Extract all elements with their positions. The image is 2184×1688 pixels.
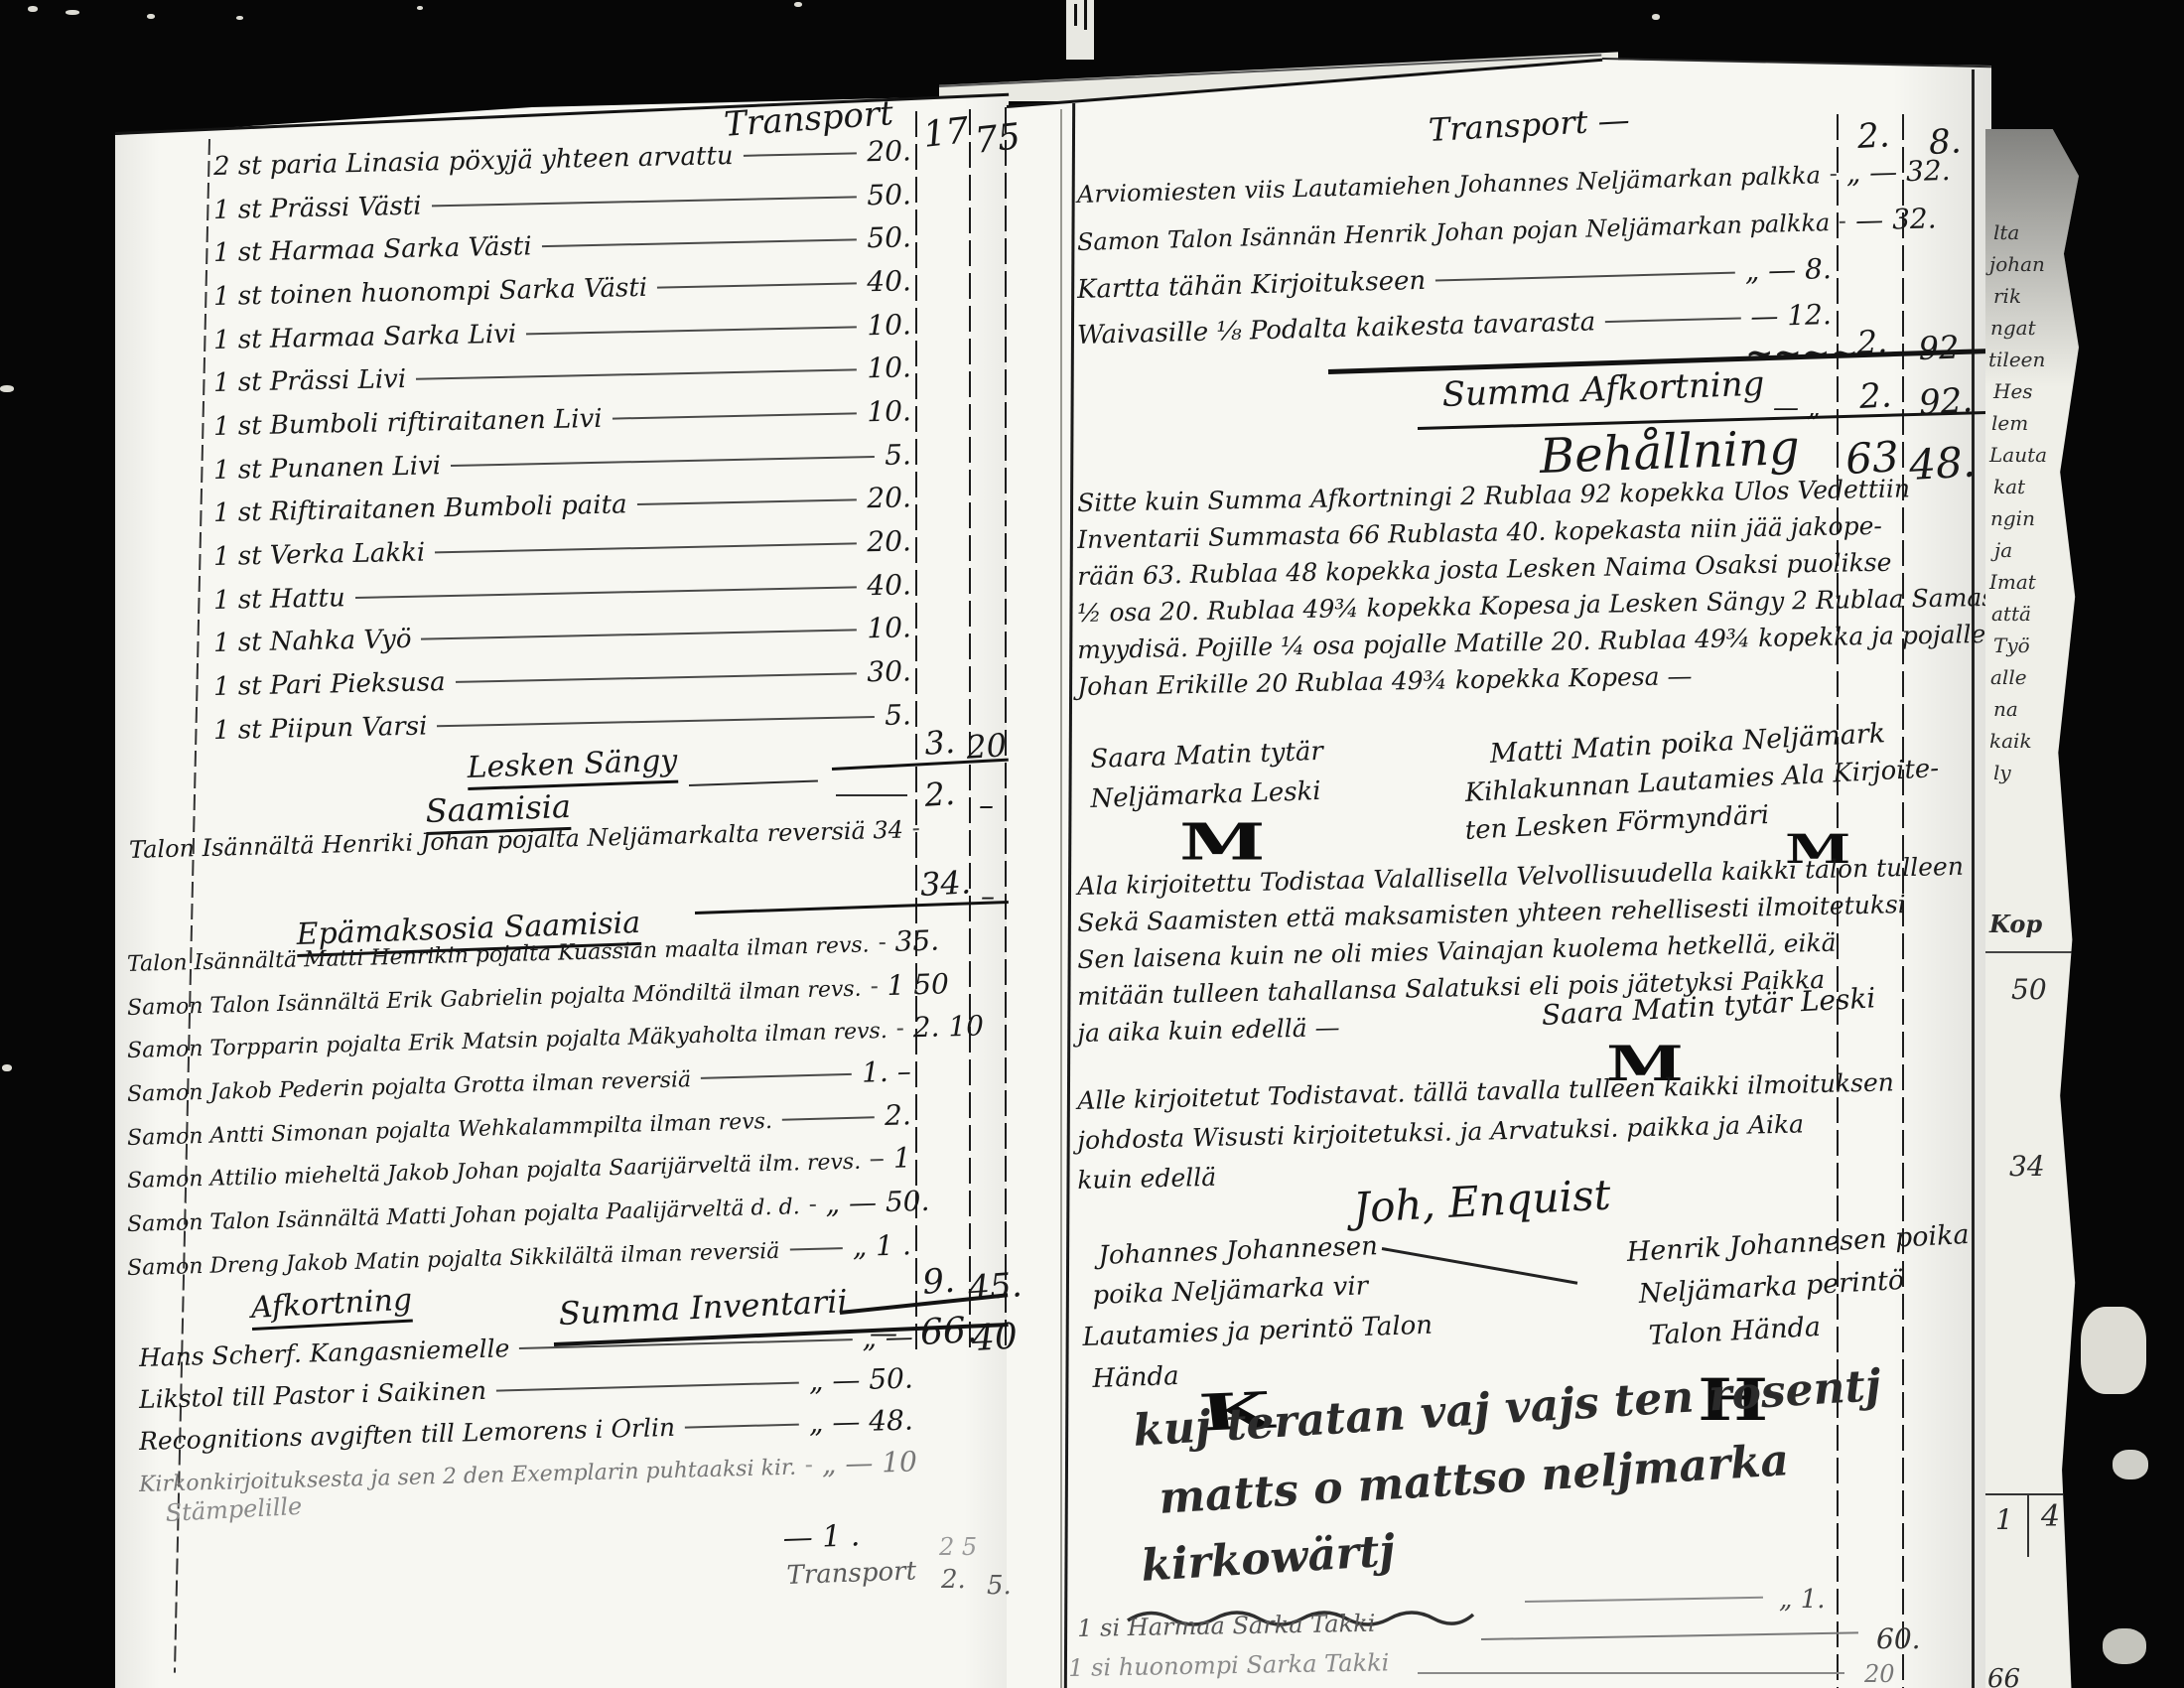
strip-fragment: ja: [1994, 538, 2012, 562]
leader-line: [1840, 221, 1845, 223]
leader-line: [355, 586, 858, 599]
strip-fragment: johan: [1989, 252, 2045, 276]
item-value: 5.: [885, 438, 911, 472]
leader-line: [880, 942, 886, 944]
paragraph-line: ja aika kuin edellä —: [1077, 1013, 1340, 1048]
leader-line: [421, 629, 857, 639]
strip-number: 34: [2009, 1150, 2045, 1183]
receivable-value: „ 1 .: [852, 1228, 911, 1263]
scan-artifact: [28, 6, 38, 12]
strip-fragment: Imat: [1989, 570, 2036, 594]
scanned-document: Transport 17 75 2 st paria Linasia pöxyj…: [0, 0, 2184, 1688]
receivable-value: 1 50: [887, 967, 949, 1002]
leader-line: [836, 794, 907, 796]
summa-afkortning-rubles: 2.: [1858, 375, 1893, 417]
strip-fragment: ly: [1993, 761, 2011, 784]
item-value: 20.: [867, 481, 911, 514]
scan-artifact: [2103, 1628, 2146, 1664]
leader-line: [526, 326, 857, 335]
strip-fragment: Lauta: [1989, 443, 2047, 467]
leader-line: [456, 672, 858, 682]
receivable-value: 1. –: [862, 1055, 911, 1088]
leader-line: [657, 282, 857, 288]
receivable-value: „ — 50.: [825, 1185, 930, 1220]
item-text: 1 st Nahka Vyö: [213, 625, 412, 658]
strip-fragment: alle: [1990, 665, 2027, 689]
top-tab: [1066, 0, 1094, 60]
item-value: 10.: [867, 308, 911, 342]
handmark-M: M: [1179, 812, 1266, 871]
scan-artifact: [2081, 1307, 2146, 1394]
item-text: 1 st Hattu: [213, 583, 345, 616]
summa-inventarii-rubles: 66.: [919, 1310, 978, 1353]
item-value: 40.: [867, 568, 911, 602]
top-tab-mark: [1084, 0, 1087, 30]
strip-fragment: Työ: [1993, 633, 2030, 657]
item-value: 50.: [867, 178, 911, 211]
item-value: 20.: [867, 134, 911, 168]
behallning-kopeks: 48.: [1908, 438, 1977, 490]
scan-artifact: [2, 1064, 12, 1071]
leader-line: [451, 456, 875, 467]
deductions-subtotal-kopeks: 92: [1918, 329, 1960, 367]
leader-line: [701, 1073, 852, 1079]
strip-number: 4: [2041, 1499, 2060, 1534]
leader-line: [810, 1204, 816, 1206]
strip-number: 66: [1987, 1664, 2020, 1688]
bottom-row-value: 60.: [1876, 1622, 1921, 1655]
subtotal-rubles: 3.: [923, 723, 956, 763]
scan-artifact: [66, 10, 79, 15]
strip-number: 1: [1995, 1503, 2013, 1536]
deduction-value: — 12.: [1750, 298, 1832, 333]
next-page-strip: lta johan rik ngat tileen Hes lem Lauta …: [1985, 129, 2079, 1688]
lesken-sangy-rubles: 2.: [923, 774, 956, 814]
scan-artifact: [2113, 1450, 2148, 1479]
leader-line: [542, 238, 858, 247]
section-heading-afkortning: Afkortning: [250, 1283, 413, 1331]
leader-line: [789, 1247, 843, 1250]
item-text: 1 st Punanen Livi: [213, 451, 442, 486]
item-value: 10.: [867, 351, 911, 384]
saamisia-rubles: 34.: [919, 863, 972, 904]
strip-kop-label: Kop: [1989, 910, 2042, 938]
leader-line: [437, 716, 875, 727]
saamisia-kopeks: –: [981, 880, 995, 913]
transport-footer-rubles: 2.: [941, 1565, 966, 1595]
transport-header-rubles: 2.: [1856, 115, 1891, 157]
strip-number: 50: [2011, 973, 2047, 1006]
scan-artifact: [0, 385, 14, 392]
transport-header-rubles: 17: [921, 110, 971, 156]
epamaksosia-subtotal-kopeks: 45.: [967, 1265, 1024, 1309]
leader-line: [1831, 174, 1837, 176]
bottom-row-text: 1 si Harmaa Sarka Takki: [1077, 1610, 1376, 1642]
lesken-sangy-kopeks: –: [979, 788, 994, 823]
deduction-value: „ — 10: [822, 1445, 918, 1480]
afkortning-ghost-digits: 2 5: [939, 1533, 977, 1561]
scan-artifact: [236, 16, 243, 20]
item-value: 40.: [867, 264, 911, 298]
deduction-value: „ — 48.: [808, 1404, 913, 1440]
item-text: 1 st Verka Lakki: [213, 538, 426, 572]
strip-fragment: Hes: [1993, 379, 2033, 403]
bottom-row-text: 1 si huonompi Sarka Takki: [1068, 1648, 1390, 1682]
deduction-value: „ — 32.: [1845, 154, 1951, 190]
behallning-label: Behållning: [1539, 420, 1801, 485]
fold-line-shadow: [1060, 109, 1062, 1688]
leader-line: [496, 1382, 799, 1392]
leader-line: [806, 1465, 812, 1467]
summa-afkortning-kopeks: 92.: [1918, 380, 1974, 423]
deduction-value: — 32.: [1855, 202, 1937, 236]
leader-line: [432, 196, 858, 207]
leader-line: [613, 412, 858, 419]
leader-line: [897, 1029, 903, 1031]
top-tab-mark: [1074, 4, 1077, 26]
item-value: 30.: [867, 654, 911, 688]
strip-fragment: kaik: [1989, 729, 2032, 753]
receivable-value: 35.: [894, 924, 939, 958]
item-text: 1 st Pari Pieksusa: [213, 667, 446, 702]
leader-line: [872, 986, 878, 988]
leader-line: [685, 1424, 799, 1429]
scan-artifact: [417, 6, 423, 10]
right-page-edge-line: [1972, 70, 1975, 1688]
leader-line: [637, 498, 858, 505]
strip-rule: [1985, 1493, 2075, 1495]
item-text: 1 st Piipun Varsi: [213, 711, 428, 746]
item-value: 20.: [867, 524, 911, 558]
leader-line: [1605, 317, 1740, 323]
transport-header-kopeks: 75: [973, 116, 1023, 162]
strip-rule: [1985, 951, 2073, 953]
leader-line: [782, 1116, 875, 1120]
leader-line: [1418, 1672, 1844, 1674]
deduction-value: „ — 50.: [808, 1362, 913, 1398]
lesken-sangy-label: Lesken Sängy: [467, 744, 678, 790]
item-value: 5.: [885, 698, 911, 732]
strip-fragment: ngin: [1990, 506, 2035, 530]
heir-left-line: Hända: [1092, 1361, 1179, 1394]
leader-line: [871, 1159, 884, 1161]
transport-footer-kopeks: 5.: [987, 1571, 1012, 1601]
strip-fragment: tileen: [1988, 348, 2045, 371]
strip-fragment: attä: [1991, 602, 2031, 626]
leader-line: [435, 542, 857, 553]
item-text: 1 st Harmaa Sarka Livi: [213, 320, 517, 355]
leader-line: [913, 828, 919, 830]
deduction-value: „ — 8.: [1744, 252, 1832, 287]
leader-line: [1435, 272, 1735, 282]
strip-fragment: lem: [1991, 411, 2028, 435]
receivable-value: 2. 10: [912, 1009, 984, 1044]
bottom-pre-value: „ 1.: [1779, 1585, 1826, 1615]
paragraph-line: kuin edellä: [1077, 1163, 1216, 1195]
transport-footer-label: Transport: [786, 1556, 917, 1591]
scan-artifact: [1652, 14, 1660, 20]
item-text: 1 st Prässi Västi: [213, 192, 422, 225]
column-line: [915, 111, 917, 1350]
receivable-value: 2.: [885, 1098, 912, 1132]
receivable-value: 1: [892, 1141, 911, 1174]
scan-artifact: [794, 2, 802, 7]
item-value: 10.: [867, 611, 911, 644]
item-value: 50.: [867, 220, 911, 254]
bottom-row-value: 20: [1864, 1660, 1895, 1688]
strip-fragment: lta: [1993, 220, 2019, 244]
epamaksosia-subtotal-rubles: 9.: [921, 1261, 956, 1303]
scan-artifact: [147, 14, 155, 19]
strip-fragment: ngat: [1990, 316, 2036, 340]
deduction-value: „ —: [862, 1321, 913, 1354]
strip-rule: [2027, 1493, 2029, 1557]
leader-line: [744, 152, 858, 156]
item-text: 1 st Prässi Livi: [213, 364, 407, 398]
strip-fragment: na: [1993, 697, 2018, 721]
strip-fragment: rik: [1993, 284, 2021, 308]
item-value: 10.: [867, 394, 911, 428]
strip-fragment: kat: [1993, 475, 2025, 498]
afkortning-extra-value: — 1 .: [782, 1518, 861, 1556]
leader-line: [416, 368, 857, 379]
leader-line: [519, 1338, 852, 1349]
